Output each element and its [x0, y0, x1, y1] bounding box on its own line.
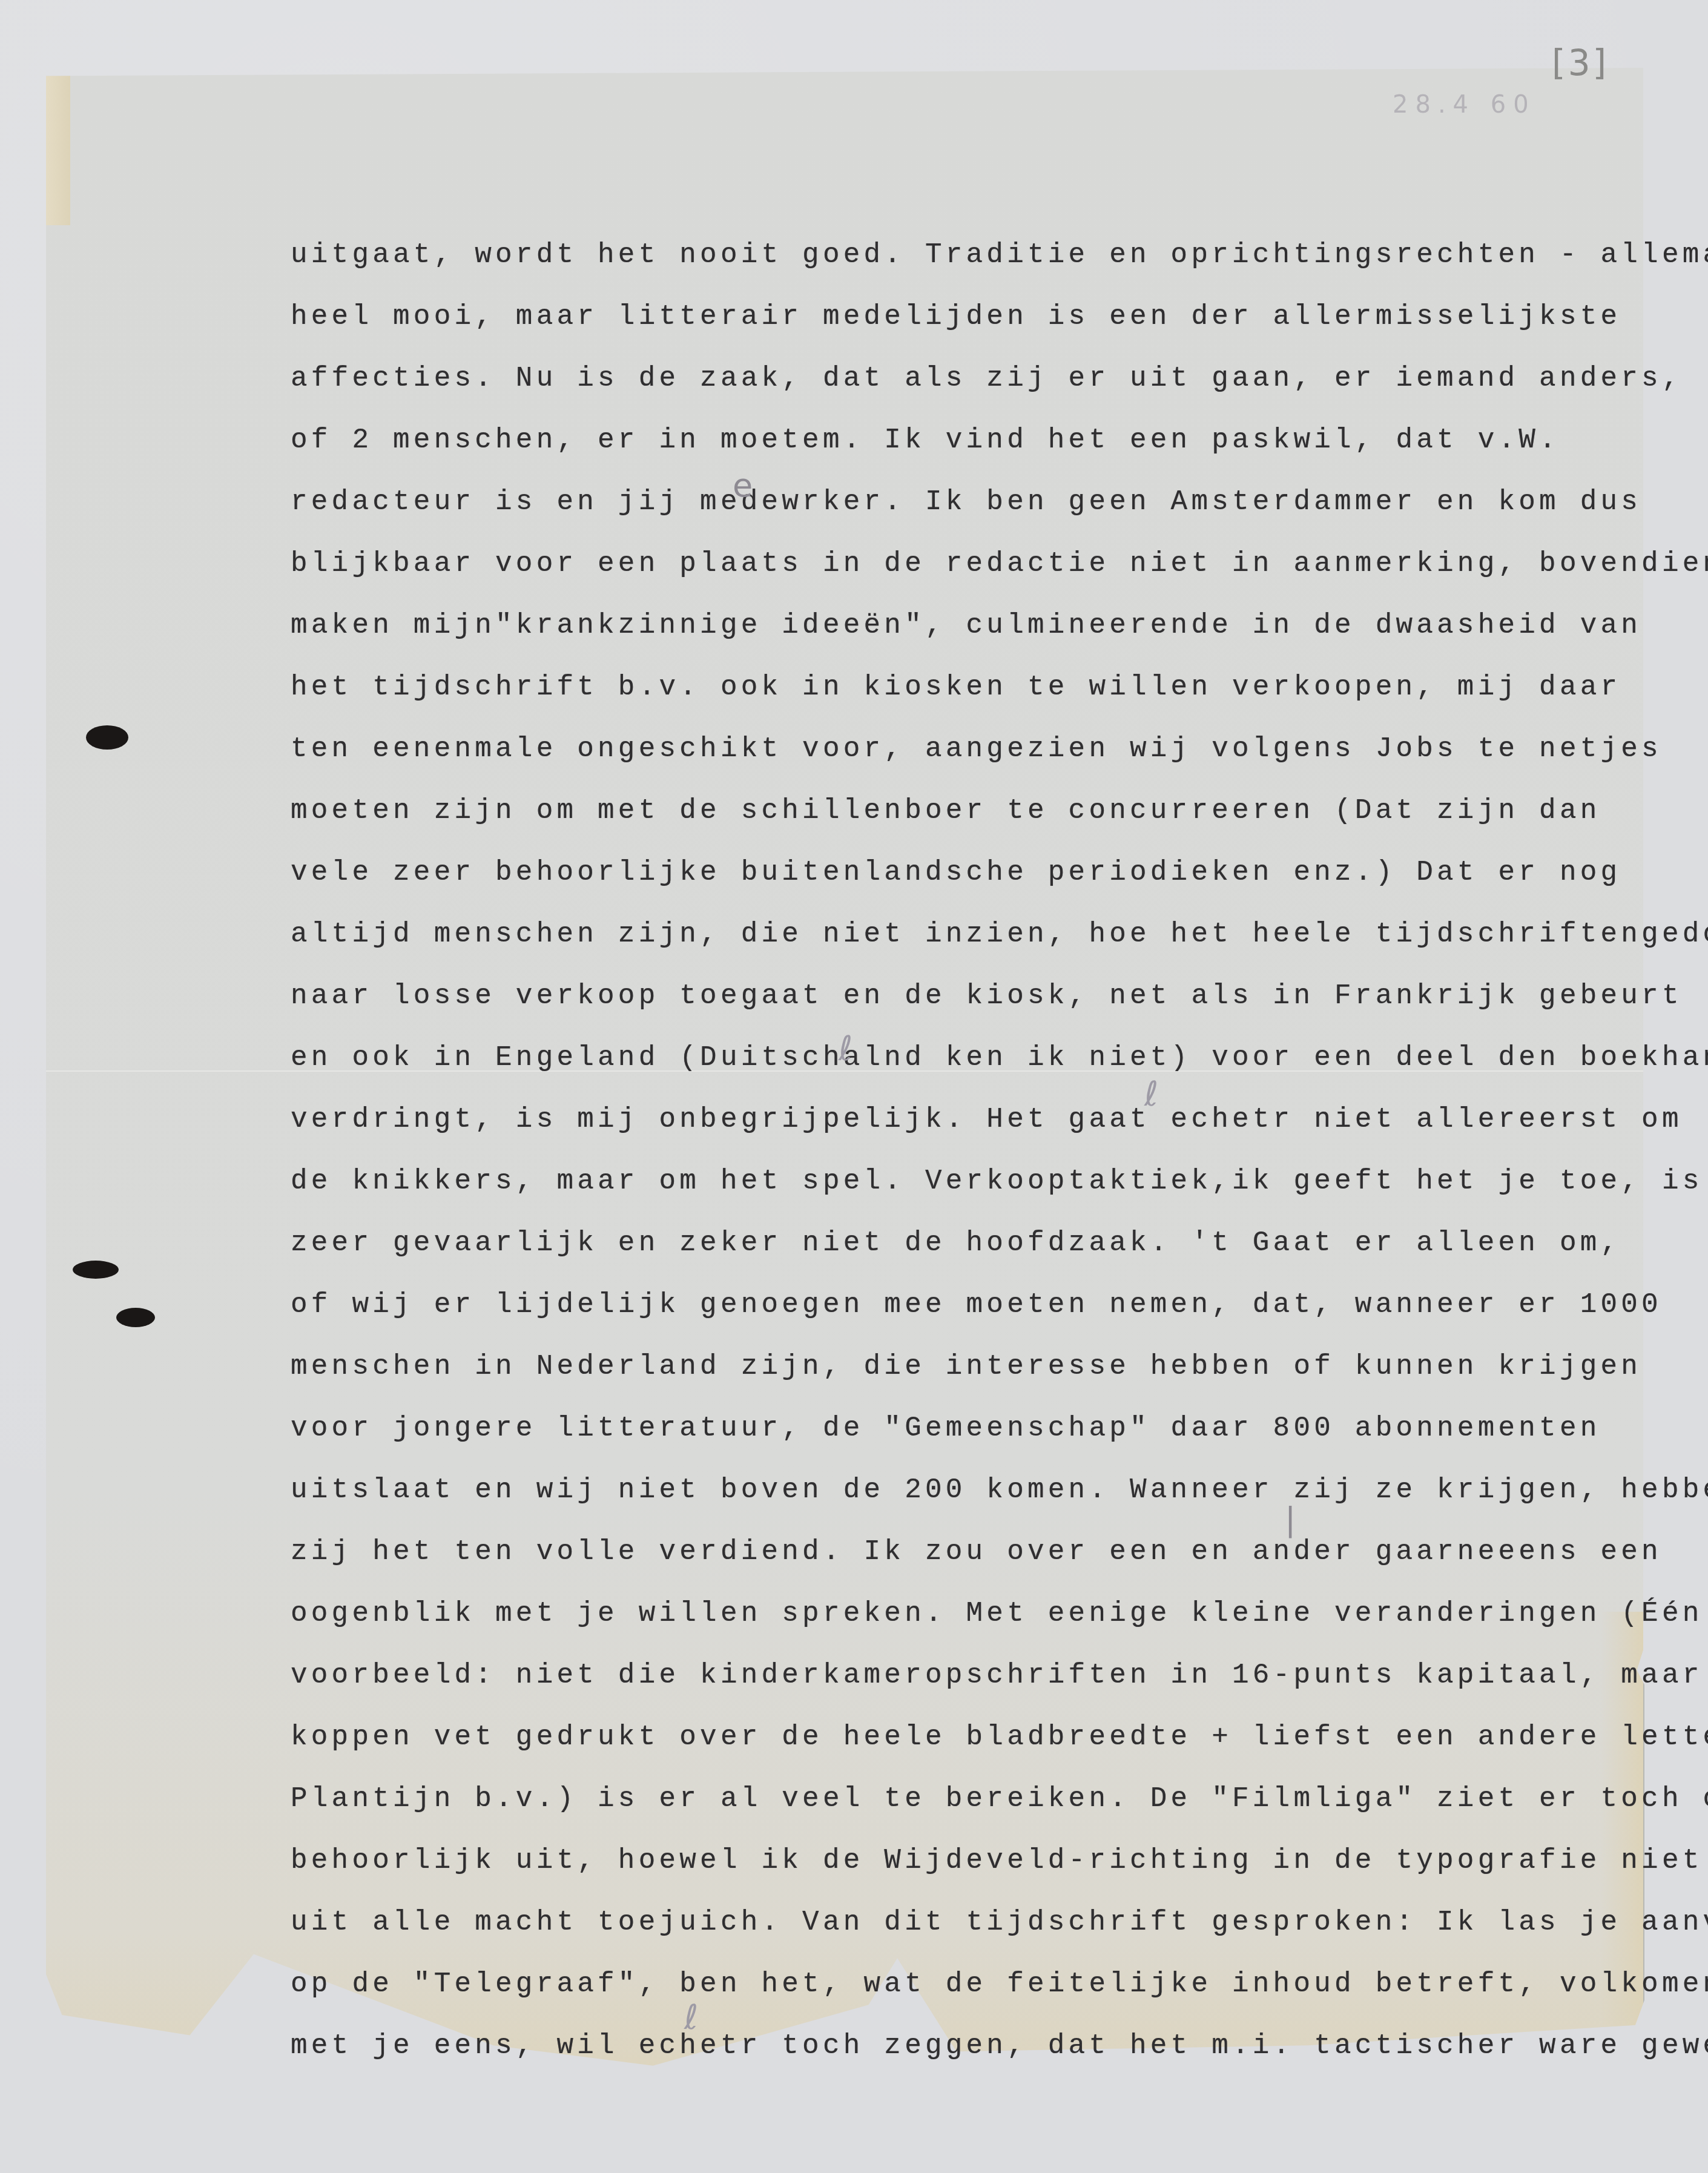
text-line-3: affecties. Nu is de zaak, dat als zij er… — [291, 364, 1683, 392]
text-line-16: de knikkers, maar om het spel. Verkoopta… — [291, 1167, 1703, 1195]
text-line-17: zeer gevaarlijk en zeker niet de hoofdza… — [291, 1229, 1621, 1257]
text-line-10: moeten zijn om met de schillenboer te co… — [291, 797, 1601, 825]
text-line-25: koppen vet gedrukt over de heele bladbre… — [291, 1723, 1708, 1751]
text-line-9: ten eenenmale ongeschikt voor, aangezien… — [291, 735, 1662, 763]
text-line-19: menschen in Nederland zijn, die interess… — [291, 1353, 1641, 1380]
pencil-correction-echter-2: ℓ — [684, 1998, 698, 2037]
text-line-8: het tijdschrift b.v. ook in kiosken te w… — [291, 673, 1621, 701]
text-line-21: uitslaat en wij niet boven de 200 komen.… — [291, 1476, 1708, 1504]
text-line-2: heel mooi, maar litterair medelijden is … — [291, 303, 1621, 331]
archive-pencil-note: 28.4 60 — [1393, 91, 1536, 119]
text-line-4: of 2 menschen, er in moetem. Ik vind het… — [291, 426, 1560, 454]
text-line-5: redacteur is en jij medewrker. Ik ben ge… — [291, 488, 1641, 516]
text-line-11: vele zeer behoorlijke buitenlandsche per… — [291, 859, 1621, 886]
pencil-correction-echter-1: ℓ — [1144, 1075, 1158, 1114]
text-line-24: voorbeeld: niet die kinderkameropschrift… — [291, 1661, 1703, 1689]
text-line-20: voor jongere litteratuur, de "Gemeenscha… — [291, 1414, 1601, 1442]
text-line-26: Plantijn b.v.) is er al veel te bereiken… — [291, 1785, 1708, 1813]
text-line-7: maken mijn"krankzinnige ideeën", culmine… — [291, 612, 1641, 639]
pencil-correction-gaarne-eens: | — [1285, 1500, 1296, 1538]
text-line-23: oogenblik met je willen spreken. Met een… — [291, 1600, 1703, 1627]
text-line-18: of wij er lijdelijk genoegen mee moeten … — [291, 1291, 1662, 1319]
text-line-15: verdringt, is mij onbegrijpelijk. Het ga… — [291, 1106, 1683, 1133]
punch-hole-1 — [86, 725, 128, 750]
text-line-22: zij het ten volle verdiend. Ik zou over … — [291, 1538, 1662, 1566]
page-number-annotation: [3] — [1552, 42, 1609, 84]
pencil-correction-medewerker: e — [733, 466, 753, 504]
pencil-correction-duitschland: ℓ — [839, 1029, 852, 1069]
text-line-12: altijd menschen zijn, die niet inzien, h… — [291, 920, 1708, 948]
text-line-29: op de "Telegraaf", ben het, wat de feite… — [291, 1970, 1708, 1998]
text-line-30: met je eens, wil echetr toch zeggen, dat… — [291, 2032, 1708, 2060]
text-line-28: uit alle macht toejuich. Van dit tijdsch… — [291, 1908, 1708, 1936]
punch-hole-3 — [116, 1308, 155, 1327]
text-line-6: blijkbaar voor een plaats in de redactie… — [291, 550, 1708, 578]
punch-hole-2 — [73, 1261, 119, 1279]
text-line-13: naar losse verkoop toegaat en de kiosk, … — [291, 982, 1683, 1010]
text-line-27: behoorlijk uit, hoewel ik de Wijdeveld-r… — [291, 1847, 1703, 1875]
text-line-1: uitgaat, wordt het nooit goed. Traditie … — [291, 241, 1708, 269]
text-line-14: en ook in Engeland (Duitschalnd ken ik n… — [291, 1044, 1708, 1072]
